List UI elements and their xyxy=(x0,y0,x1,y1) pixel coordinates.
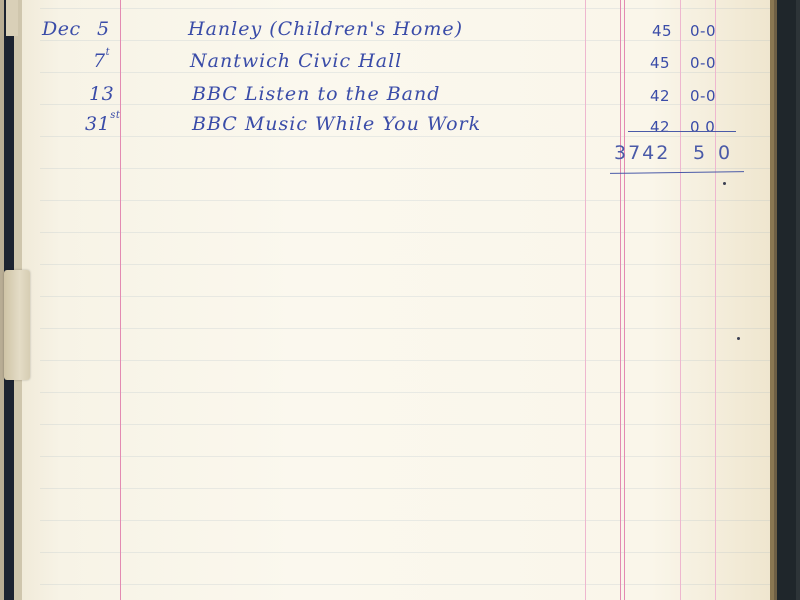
margin-rule xyxy=(120,0,121,600)
column-rule xyxy=(624,0,625,600)
entry-description: Hanley (Children's Home) xyxy=(188,18,463,40)
ruled-line xyxy=(40,552,770,553)
entry-description: BBC Listen to the Band xyxy=(192,83,440,105)
total-underline xyxy=(610,171,744,174)
book-spine-gap xyxy=(6,0,18,36)
entry-day: 13 xyxy=(89,83,114,105)
entry-day: 7t xyxy=(93,50,110,72)
ruled-line xyxy=(40,392,770,393)
ruled-line xyxy=(40,264,770,265)
ink-dot xyxy=(737,337,740,340)
entry-shillings-pence: 0-0 xyxy=(690,87,716,105)
ruled-line xyxy=(40,520,770,521)
entry-description: Nantwich Civic Hall xyxy=(190,50,402,72)
column-rule xyxy=(585,0,586,600)
entry-day: 31st xyxy=(85,113,120,135)
ruled-line xyxy=(40,136,770,137)
ruled-line xyxy=(40,296,770,297)
column-rule xyxy=(620,0,621,600)
ruled-line xyxy=(40,328,770,329)
ruled-line xyxy=(40,488,770,489)
sum-underline xyxy=(628,131,736,132)
entry-pounds: 45 xyxy=(650,54,670,72)
ruled-line xyxy=(40,584,770,585)
ruled-line xyxy=(40,232,770,233)
entry-shillings-pence: 0-0 xyxy=(690,22,716,40)
entry-pounds: 42 xyxy=(650,118,670,136)
ruled-line xyxy=(40,200,770,201)
ruled-line xyxy=(40,8,770,9)
ruled-line xyxy=(40,456,770,457)
entry-pounds: 45 xyxy=(652,22,672,40)
ruled-line xyxy=(40,168,770,169)
ruled-line xyxy=(40,360,770,361)
ruled-line xyxy=(40,424,770,425)
entry-description: BBC Music While You Work xyxy=(192,113,481,135)
ink-dot xyxy=(723,182,726,185)
ruled-line xyxy=(40,72,770,73)
entry-shillings-pence: 0-0 xyxy=(690,54,716,72)
binding-tape xyxy=(4,270,30,380)
entry-month: Dec xyxy=(42,18,81,40)
total-pence: 0 xyxy=(718,142,732,164)
book-edge-right xyxy=(770,0,800,600)
entry-pounds: 42 xyxy=(650,87,670,105)
column-rule xyxy=(680,0,681,600)
ledger-page: Dec 5 Hanley (Children's Home) 45 0-0 7t… xyxy=(0,0,800,600)
entry-shillings-pence: 0 0 xyxy=(690,118,715,136)
total-pounds: 3742 xyxy=(614,142,670,164)
total-shillings: 5 xyxy=(693,142,707,164)
ruled-line xyxy=(40,40,770,41)
entry-day: 5 xyxy=(97,18,110,40)
